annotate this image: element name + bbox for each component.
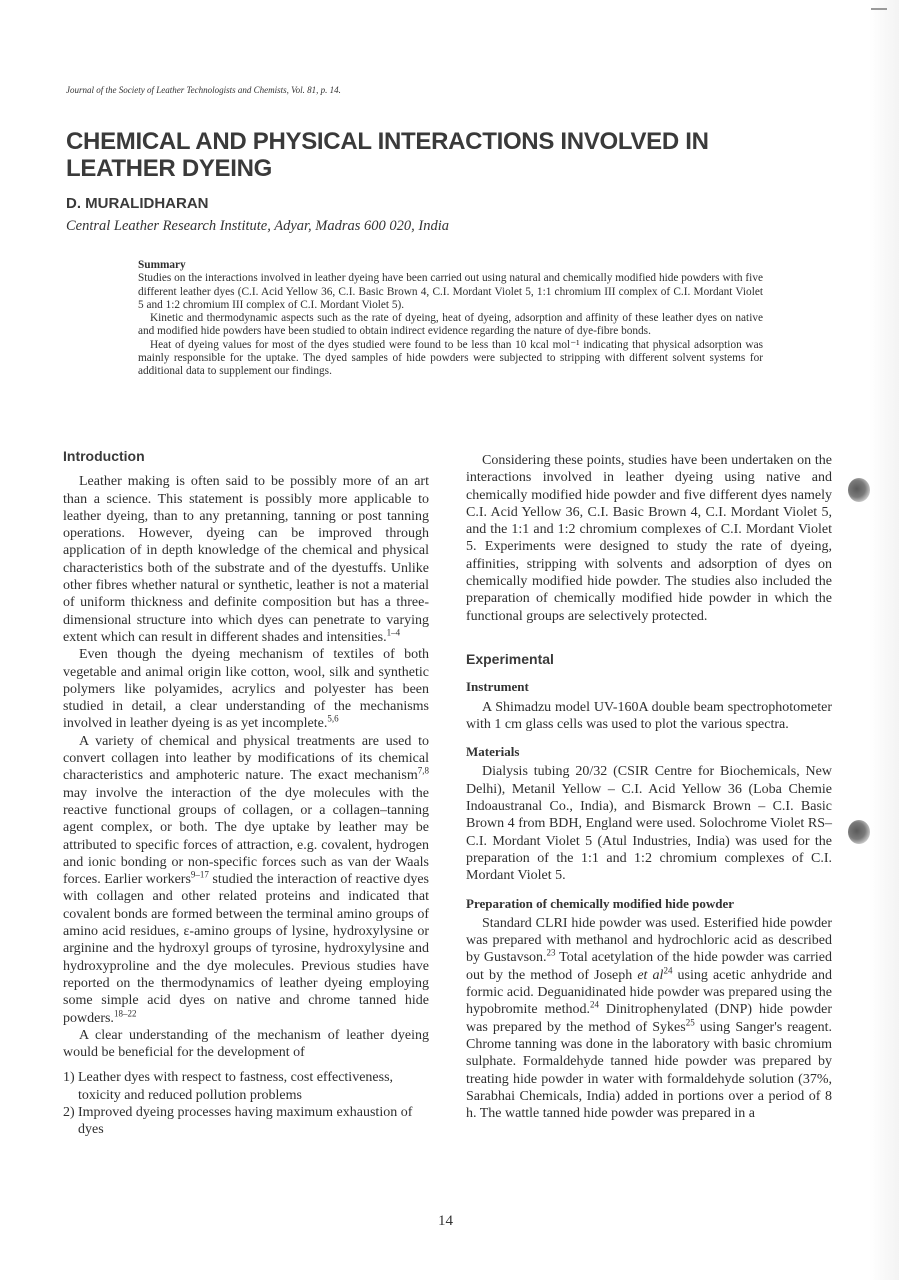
- page-number: 14: [438, 1213, 453, 1230]
- list-item: 2)Improved dyeing processes having maxim…: [63, 1104, 429, 1139]
- list-number: 1): [63, 1069, 75, 1086]
- citation: 23: [547, 948, 556, 958]
- preparation-heading: Preparation of chemically modified hide …: [466, 895, 832, 912]
- citation: 7,8: [418, 766, 429, 776]
- body-paragraph: Even though the dyeing mechanism of text…: [63, 646, 429, 732]
- introduction-heading: Introduction: [63, 448, 429, 465]
- numbered-list: 1)Leather dyes with respect to fastness,…: [63, 1069, 429, 1138]
- citation: 9–17: [191, 869, 209, 879]
- body-paragraph: Considering these points, studies have b…: [466, 452, 832, 625]
- left-column: Introduction Leather making is often sai…: [63, 448, 429, 1139]
- article-title: CHEMICAL AND PHYSICAL INTERACTIONS INVOL…: [66, 128, 806, 182]
- summary-block: Summary Studies on the interactions invo…: [138, 259, 763, 379]
- right-column: Considering these points, studies have b…: [466, 452, 832, 1122]
- scan-corner-mark: [871, 8, 887, 10]
- body-paragraph: A clear understanding of the mechanism o…: [63, 1027, 429, 1062]
- materials-heading: Materials: [466, 743, 832, 760]
- list-text: Improved dyeing processes having maximum…: [78, 1105, 412, 1137]
- binder-hole-icon: [848, 478, 870, 502]
- page-edge-shadow: [869, 0, 899, 1280]
- author-affiliation: Central Leather Research Institute, Adya…: [66, 218, 449, 235]
- experimental-heading: Experimental: [466, 651, 832, 668]
- paragraph-text: studied the interaction of reactive dyes…: [63, 872, 429, 1025]
- paragraph-text: Even though the dyeing mechanism of text…: [63, 647, 429, 731]
- body-paragraph: Leather making is often said to be possi…: [63, 473, 429, 646]
- instrument-heading: Instrument: [466, 678, 832, 695]
- citation: 5,6: [327, 714, 338, 724]
- citation: 24: [590, 1000, 599, 1010]
- body-paragraph: A variety of chemical and physical treat…: [63, 733, 429, 1027]
- summary-paragraph: Kinetic and thermodynamic aspects such a…: [138, 312, 763, 339]
- body-paragraph: Standard CLRI hide powder was used. Este…: [466, 915, 832, 1123]
- summary-paragraph: Heat of dyeing values for most of the dy…: [138, 339, 763, 379]
- citation: 18–22: [114, 1008, 137, 1018]
- summary-heading: Summary: [138, 259, 763, 272]
- paragraph-text: Leather making is often said to be possi…: [63, 474, 429, 645]
- journal-reference: Journal of the Society of Leather Techno…: [66, 85, 341, 95]
- citation: 1–4: [387, 627, 401, 637]
- citation: 25: [686, 1017, 695, 1027]
- body-paragraph: A Shimadzu model UV-160A double beam spe…: [466, 699, 832, 734]
- author-name: D. MURALIDHARAN: [66, 195, 209, 212]
- et-al-text: et al: [637, 968, 663, 983]
- list-text: Leather dyes with respect to fastness, c…: [78, 1070, 393, 1102]
- summary-paragraph: Studies on the interactions involved in …: [138, 272, 763, 312]
- list-item: 1)Leather dyes with respect to fastness,…: [63, 1069, 429, 1104]
- body-paragraph: Dialysis tubing 20/32 (CSIR Centre for B…: [466, 763, 832, 884]
- binder-hole-icon: [848, 820, 870, 844]
- list-number: 2): [63, 1104, 75, 1121]
- paragraph-text: A variety of chemical and physical treat…: [63, 734, 429, 784]
